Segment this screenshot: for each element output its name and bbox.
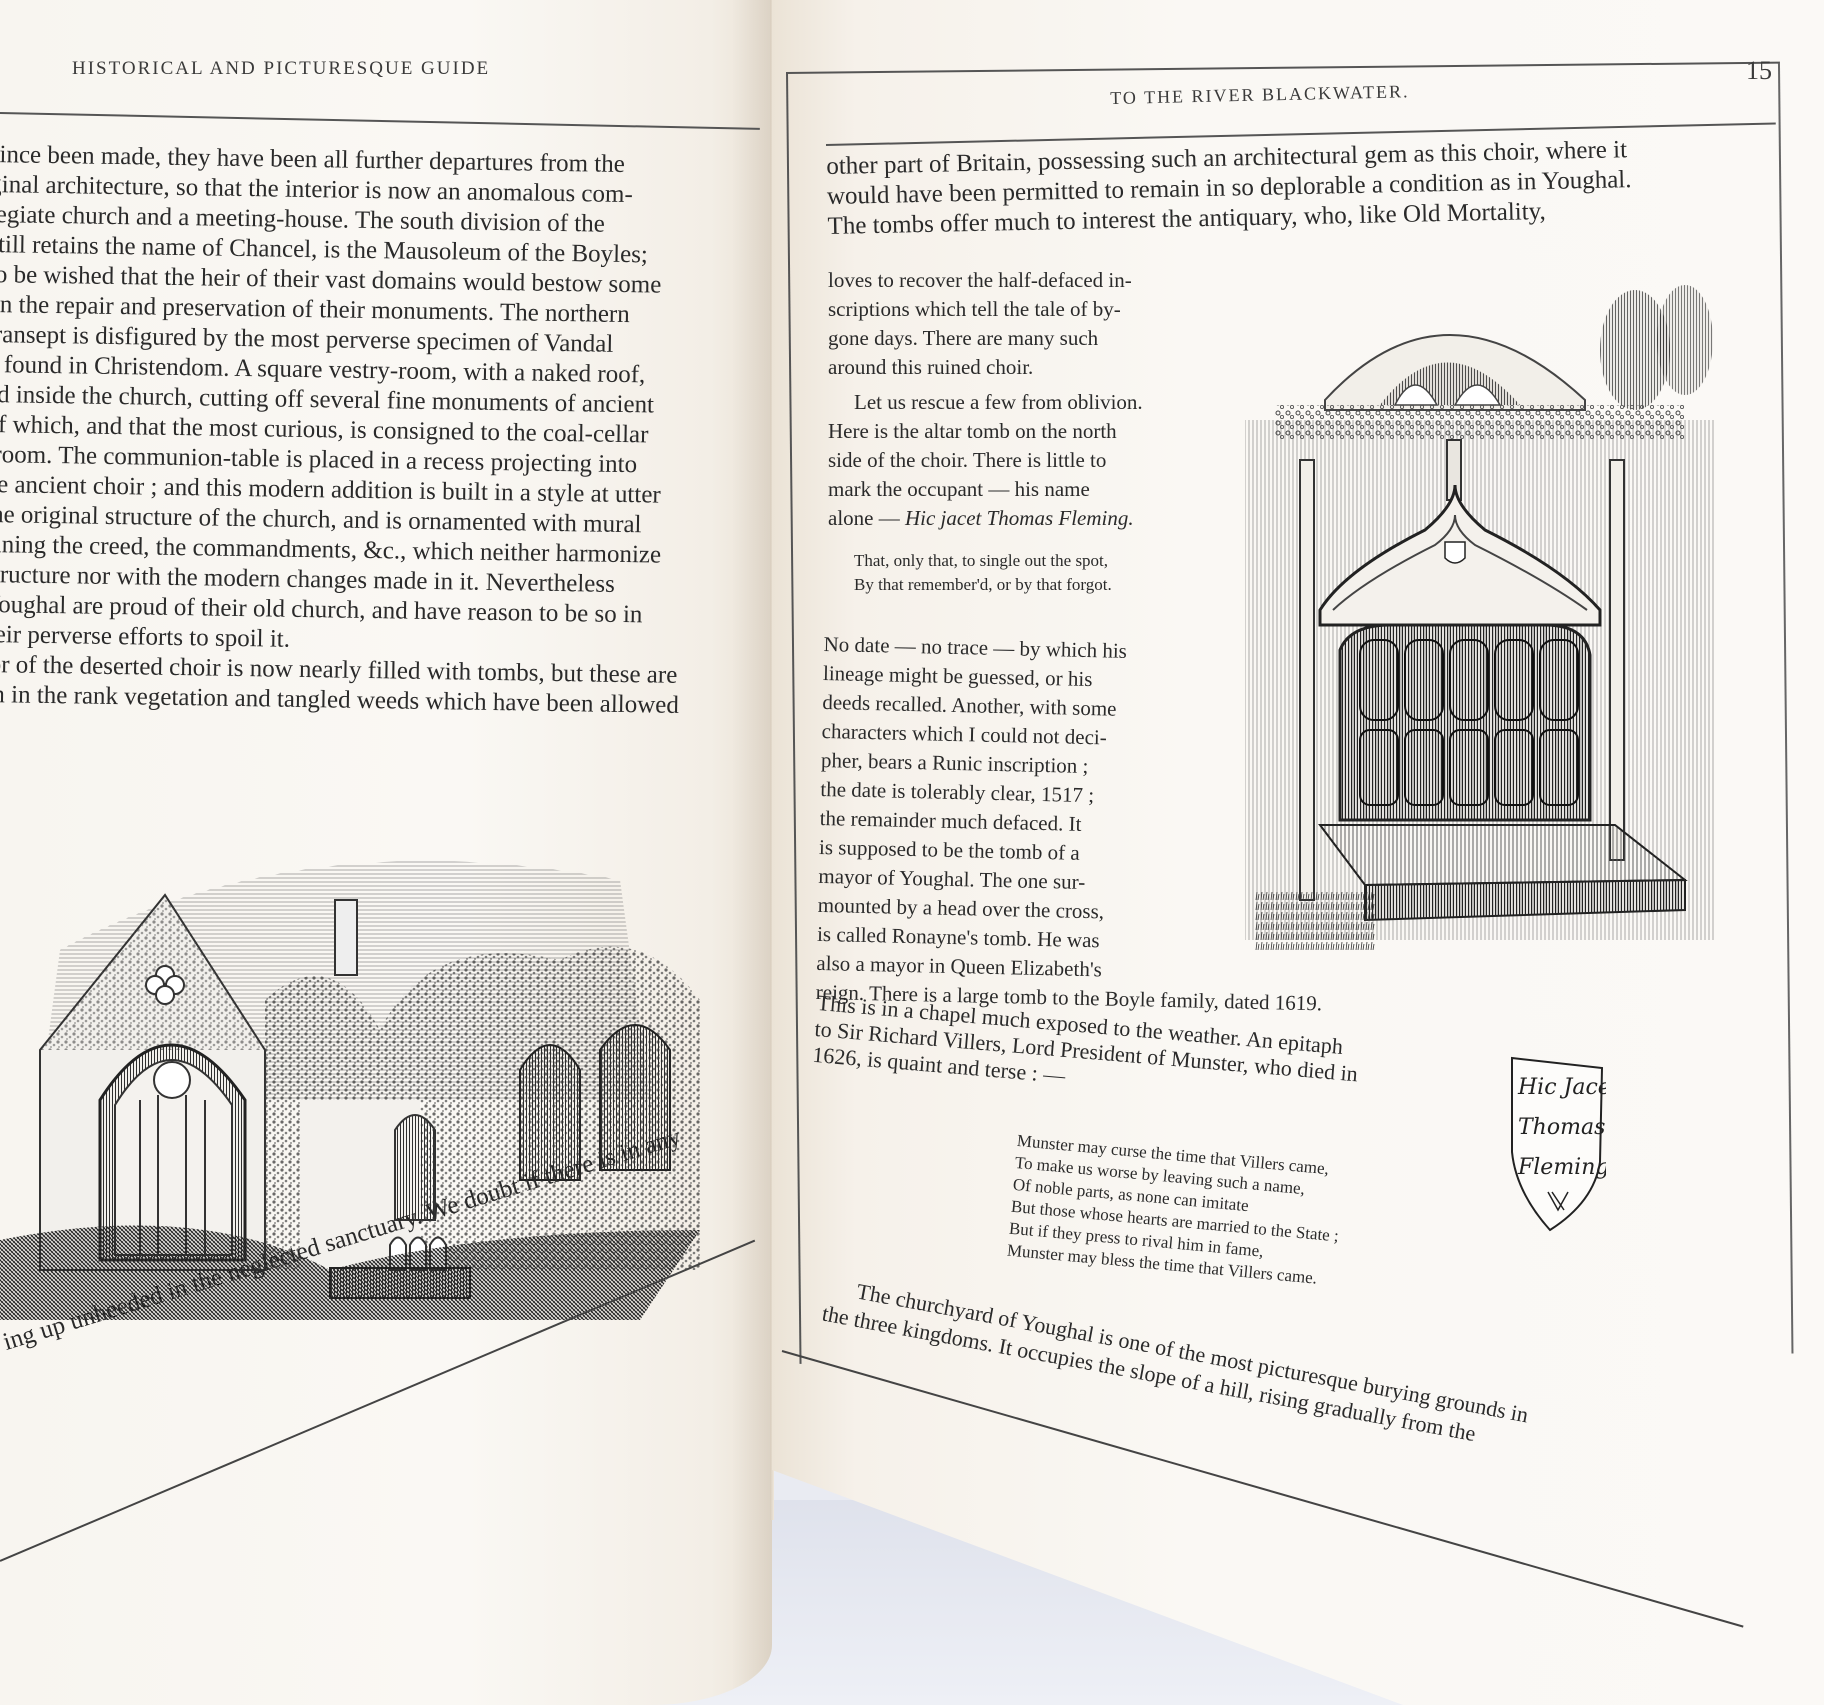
alone-prefix: alone — [828, 506, 905, 530]
left-page: HISTORICAL AND PICTURESQUE GUIDE since b… [0, 0, 772, 1705]
shield-line-1: Hic Jacet [1517, 1075, 1606, 1100]
altar-tomb-engraving [1215, 280, 1720, 1000]
right-column-text: loves to recover the half-defaced in- sc… [828, 266, 1208, 611]
verse-line: That, only that, to single out the spot, [854, 549, 1208, 573]
text-line: around this ruined choir. [828, 353, 1208, 382]
text-line: side of the choir. There is little to [828, 446, 1208, 475]
text-line: gone days. There are many such [828, 324, 1208, 353]
left-body-text: since been made, they have been all furt… [0, 140, 760, 722]
shield-line-2: Thomas [1518, 1115, 1605, 1140]
text-line: alone — Hic jacet Thomas Fleming. [828, 504, 1208, 533]
verse-quote: That, only that, to single out the spot,… [854, 549, 1208, 597]
text-line: Let us rescue a few from oblivion. [828, 388, 1208, 417]
right-column-text-2: No date — no trace — by which his lineag… [815, 630, 1203, 1016]
page-number: 15 [1746, 56, 1772, 86]
verse-line: By that remember'd, or by that forgot. [854, 573, 1208, 597]
text-line: loves to recover the half-defaced in- [828, 266, 1208, 295]
text-line: Here is the altar tomb on the north [828, 417, 1208, 446]
header-rule-left [0, 112, 760, 130]
latin-inscription: Hic jacet Thomas Fleming. [905, 506, 1134, 530]
text-line: scriptions which tell the tale of by- [828, 295, 1208, 324]
text-line: mark the occupant — his name [828, 475, 1208, 504]
running-head-left: HISTORICAL AND PICTURESQUE GUIDE [72, 58, 490, 80]
